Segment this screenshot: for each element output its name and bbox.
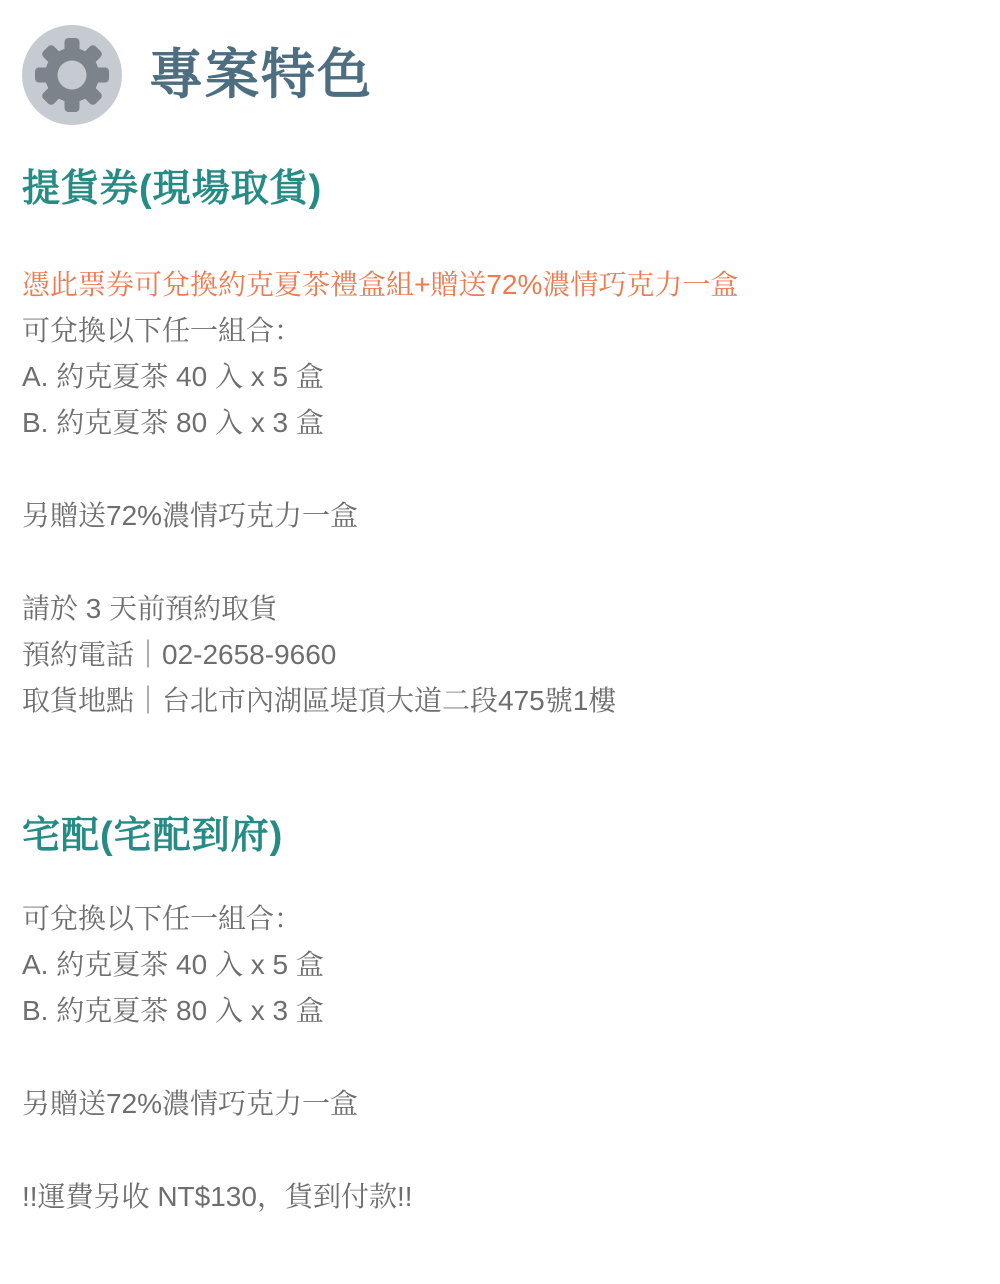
delivery-combo-paragraph: 可兌換以下任一組合： A. 約克夏茶 40 入 x 5 盒 B. 約克夏茶 80…: [22, 896, 970, 1034]
text-line: B. 約克夏茶 80 入 x 3 盒: [22, 400, 970, 446]
pickup-bonus-paragraph: 另贈送72%濃情巧克力一盒: [22, 493, 970, 539]
gear-icon: [22, 25, 122, 125]
text-line: 另贈送72%濃情巧克力一盒: [22, 1081, 970, 1127]
text-line: 另贈送72%濃情巧克力一盒: [22, 493, 970, 539]
reservation-phone-line: 預約電話｜02-2658-9660: [22, 632, 970, 678]
home-delivery-heading: 宅配(宅配到府): [22, 810, 970, 862]
text-line: 請於 3 天前預約取貨: [22, 586, 970, 632]
pickup-voucher-section: 提貨券(現場取貨) 憑此票券可兌換約克夏茶禮盒組+贈送72%濃情巧克力一盒 可兌…: [22, 163, 970, 724]
pickup-info-paragraph: 請於 3 天前預約取貨 預約電話｜02-2658-9660 取貨地點｜台北市內湖…: [22, 586, 970, 724]
page-title: 專案特色: [149, 45, 373, 105]
pickup-highlight-note: 憑此票券可兌換約克夏茶禮盒組+贈送72%濃情巧克力一盒: [22, 262, 970, 308]
pickup-address-line: 取貨地點｜台北市內湖區堤頂大道二段475號1樓: [22, 678, 970, 724]
text-line: 可兌換以下任一組合：: [22, 308, 970, 354]
home-delivery-section: 宅配(宅配到府) 可兌換以下任一組合： A. 約克夏茶 40 入 x 5 盒 B…: [22, 810, 970, 1220]
text-line: B. 約克夏茶 80 入 x 3 盒: [22, 988, 970, 1034]
text-line: A. 約克夏茶 40 入 x 5 盒: [22, 942, 970, 988]
shipping-fee-line: !!運費另收 NT$130，貨到付款!!: [22, 1174, 970, 1220]
text-line: A. 約克夏茶 40 入 x 5 盒: [22, 354, 970, 400]
pickup-combo-paragraph: 可兌換以下任一組合： A. 約克夏茶 40 入 x 5 盒 B. 約克夏茶 80…: [22, 308, 970, 446]
page-header: 專案特色: [22, 25, 970, 125]
delivery-bonus-paragraph: 另贈送72%濃情巧克力一盒: [22, 1081, 970, 1127]
project-features-page: 專案特色 提貨券(現場取貨) 憑此票券可兌換約克夏茶禮盒組+贈送72%濃情巧克力…: [0, 0, 1000, 1284]
text-line: 可兌換以下任一組合：: [22, 896, 970, 942]
shipping-fee-paragraph: !!運費另收 NT$130，貨到付款!!: [22, 1174, 970, 1220]
pickup-voucher-heading: 提貨券(現場取貨): [22, 163, 970, 215]
